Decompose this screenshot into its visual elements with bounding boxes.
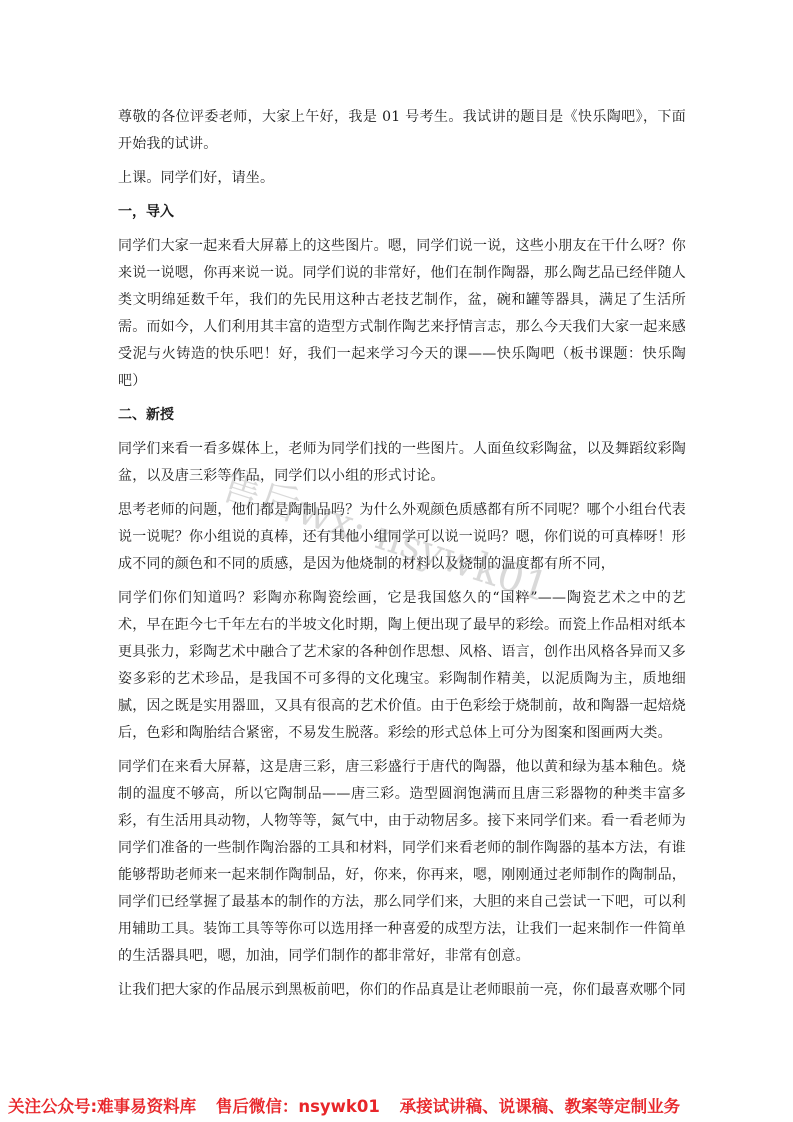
paragraph-discussion: 思考老师的问题，他们都是陶制品吗？为什么外观颜色质感都有所不同呢？哪个小组台代表… xyxy=(118,497,686,578)
document-body: 尊敬的各位评委老师，大家上午好，我是 01 号考生。我试讲的题目是《快乐陶吧》，… xyxy=(118,104,686,1011)
paragraph-intro: 尊敬的各位评委老师，大家上午好，我是 01 号考生。我试讲的题目是《快乐陶吧》，… xyxy=(118,104,686,158)
footer-wechat-account: 关注公众号:难事易资料库 xyxy=(8,1097,196,1116)
section-heading-intro: 一，导入 xyxy=(118,199,686,226)
footer-after-sales: 售后微信：nsywk01 xyxy=(216,1097,380,1116)
paragraph-greeting: 上课。同学们好，请坐。 xyxy=(118,165,686,192)
paragraph-tang-sancai: 同学们在来看大屏幕，这是唐三彩，唐三彩盛行于唐代的陶器，他以黄和绿为基本釉色。烧… xyxy=(118,754,686,970)
paragraph-painted-pottery: 同学们你们知道吗？彩陶亦称陶瓷绘画，它是我国悠久的“国粹”——陶瓷艺术之中的艺术… xyxy=(118,585,686,747)
footer-services: 承接试讲稿、说课稿、教案等定制业务 xyxy=(400,1097,681,1116)
paragraph-intro-body: 同学们大家一起来看大屏幕上的这些图片。嗯，同学们说一说，这些小朋友在干什么呀？你… xyxy=(118,233,686,395)
paragraph-showcase: 让我们把大家的作品展示到黑板前吧，你们的作品真是让老师眼前一亮，你们最喜欢哪个同 xyxy=(118,977,686,1004)
paragraph-media-images: 同学们来看一看多媒体上，老师为同学们找的一些图片。人面鱼纹彩陶盆，以及舞蹈纹彩陶… xyxy=(118,436,686,490)
section-heading-new-lesson: 二、新授 xyxy=(118,402,686,429)
footer-banner: 关注公众号:难事易资料库 售后微信：nsywk01 承接试讲稿、说课稿、教案等定… xyxy=(0,1093,793,1122)
